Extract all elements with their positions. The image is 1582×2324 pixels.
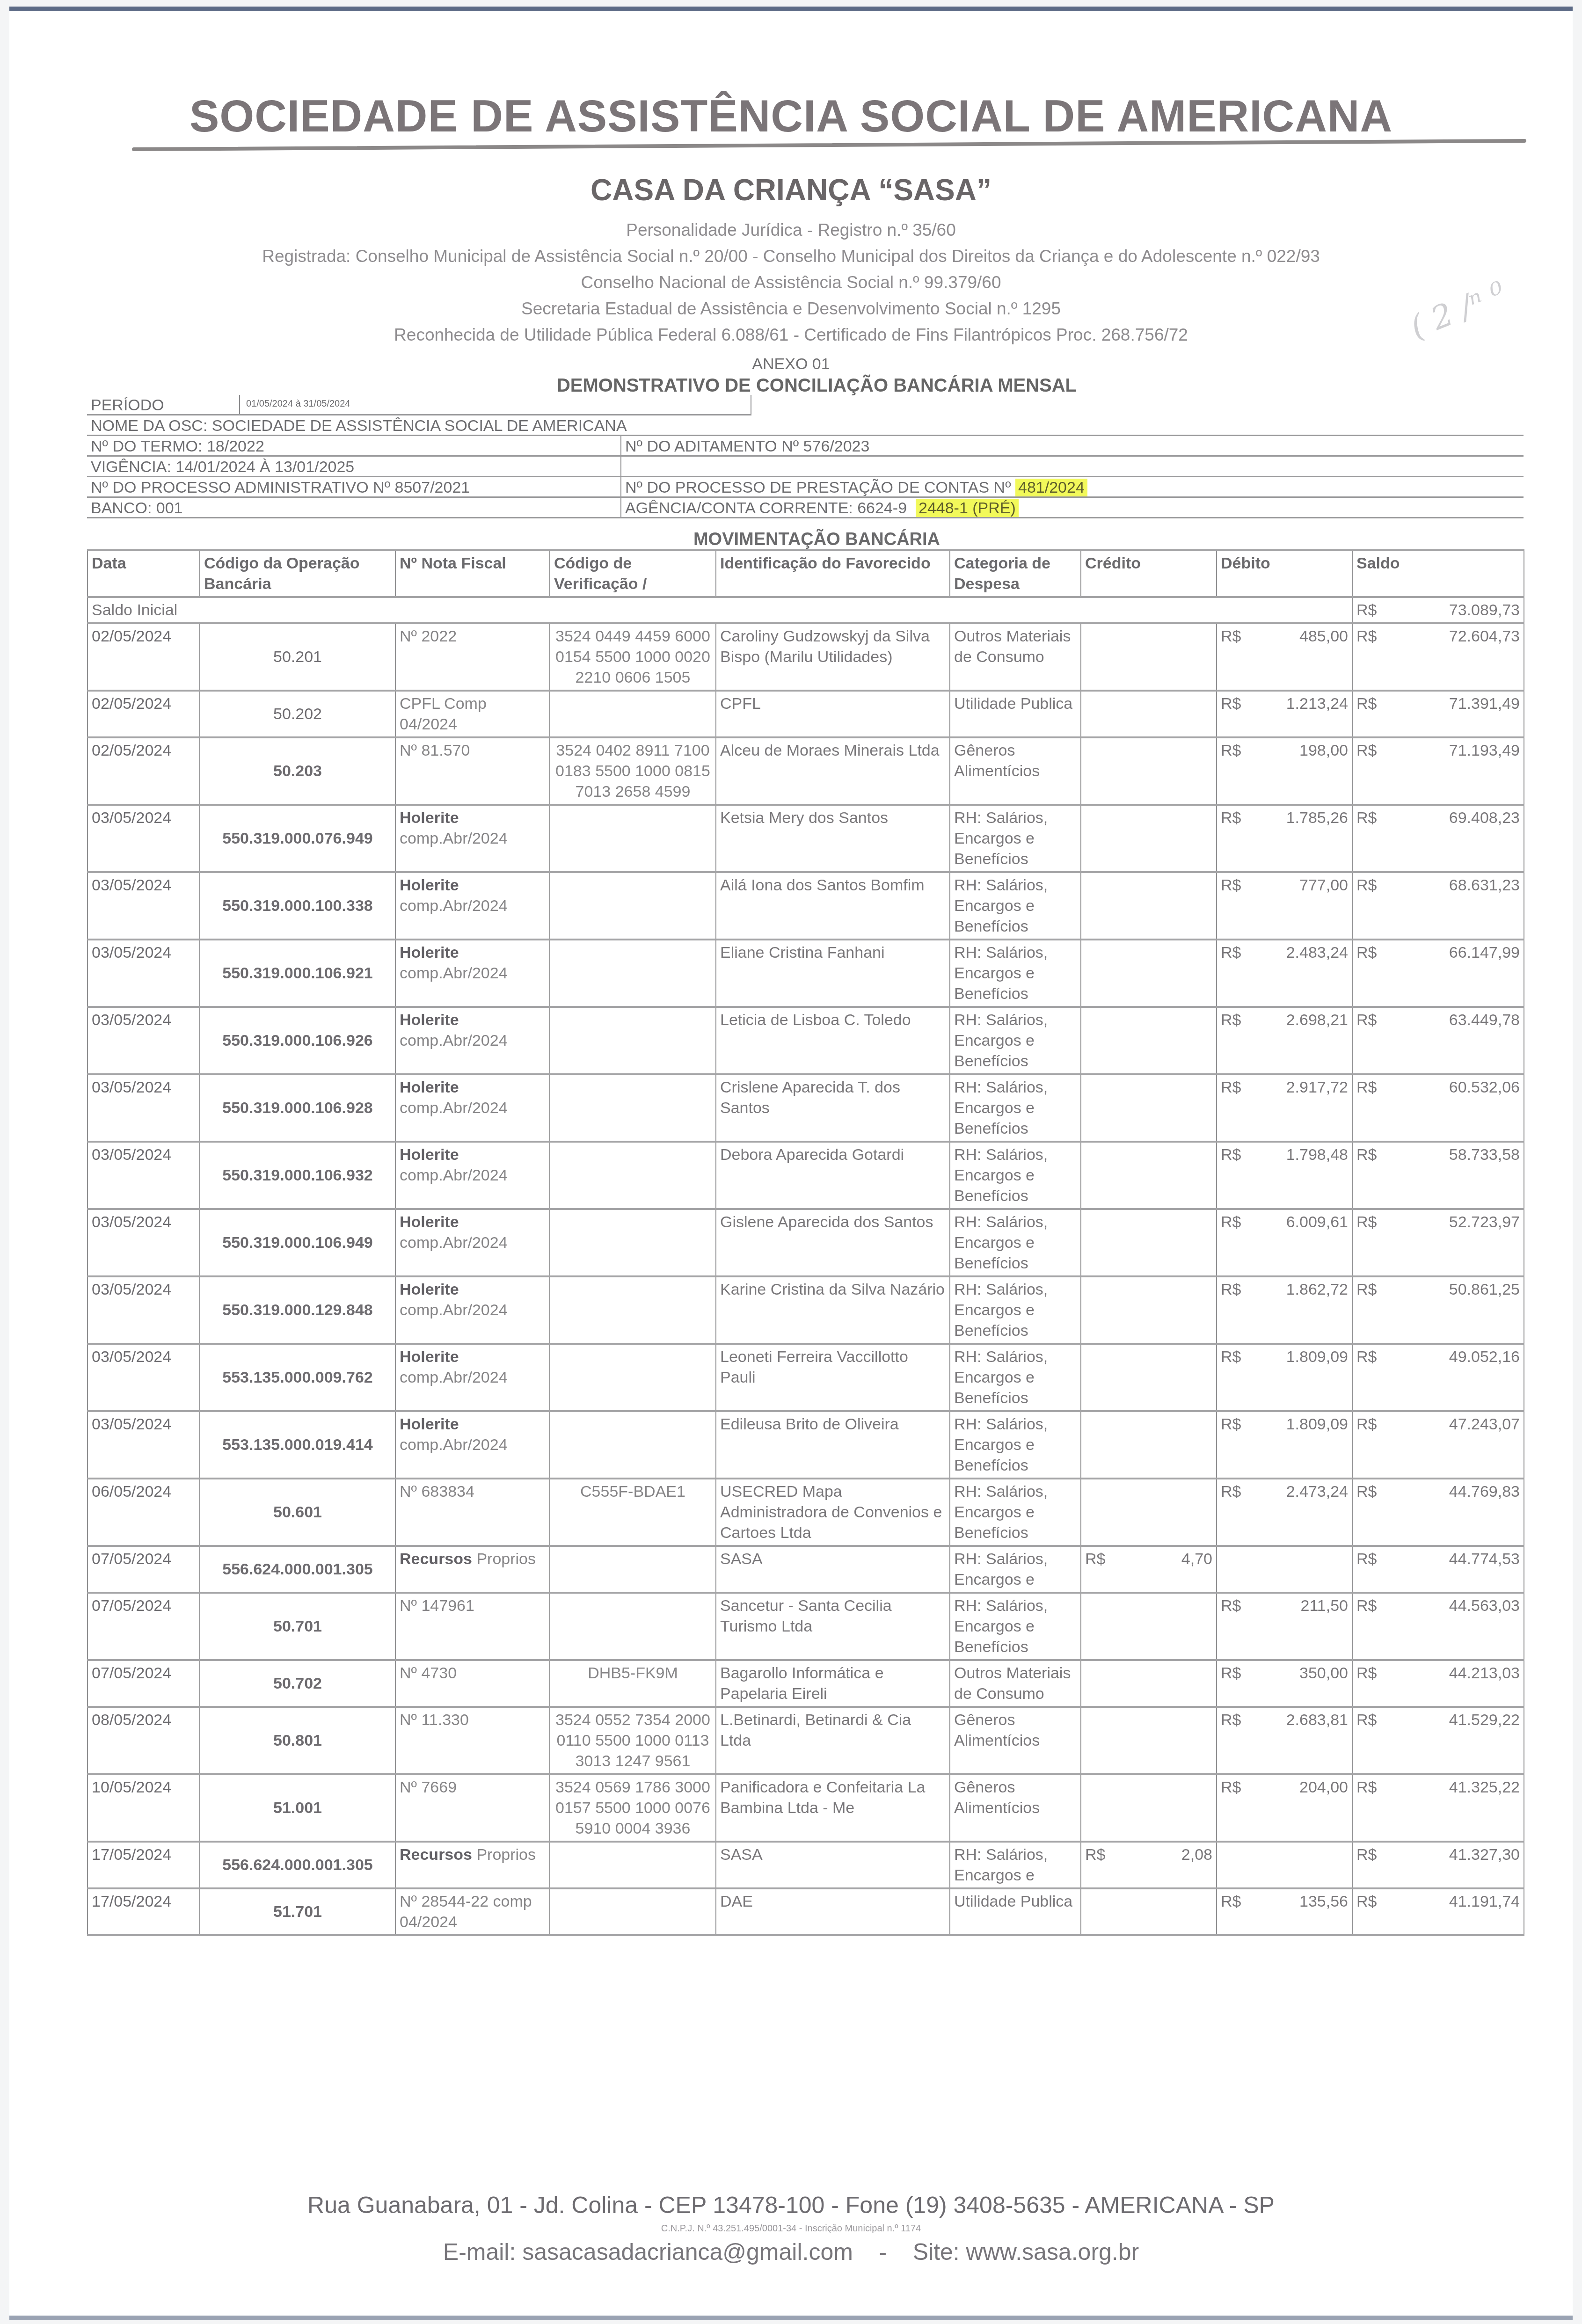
table-row: 03/05/2024550.319.000.106.928Holerite co… [87, 1074, 1524, 1142]
cell-debito: R$1.798,48 [1217, 1142, 1352, 1209]
footer-site[interactable]: Site: www.sasa.org.br [913, 2239, 1139, 2265]
cell-saldo: R$49.052,16 [1352, 1344, 1524, 1411]
footer-email[interactable]: E-mail: sasacasadacrianca@gmail.com [443, 2239, 853, 2265]
banco: BANCO: 001 [91, 499, 183, 517]
agencia-conta: AGÊNCIA/CONTA CORRENTE: 6624-9 2448-1 (P… [625, 499, 1019, 517]
table-row: 07/05/202450.701Nº 147961Sancetur - Sant… [87, 1593, 1524, 1660]
cell-nota-fiscal: Holerite comp.Abr/2024 [395, 1142, 550, 1209]
cell-debito [1217, 1546, 1352, 1593]
cell-nota-fiscal: Nº 7669 [395, 1774, 550, 1842]
cell-favorecido: Debora Aparecida Gotardi [716, 1142, 950, 1209]
cell-nota-fiscal: Holerite comp.Abr/2024 [395, 1411, 550, 1479]
cell-debito: R$777,00 [1217, 872, 1352, 940]
table-row: 17/05/2024556.624.000.001.305Recursos Pr… [87, 1842, 1524, 1888]
cell-saldo: R$52.723,97 [1352, 1209, 1524, 1276]
cell-favorecido: Ailá Iona dos Santos Bomfim [716, 872, 950, 940]
cell-operation-code: 51.001 [200, 1774, 395, 1842]
cell-date: 07/05/2024 [87, 1660, 200, 1707]
cell-saldo: R$44.769,83 [1352, 1479, 1524, 1546]
cell-saldo: R$41.325,22 [1352, 1774, 1524, 1842]
table-row: 06/05/202450.601Nº 683834C555F-BDAE1USEC… [87, 1479, 1524, 1546]
cell-categoria: RH: Salários, Encargos e Benefícios [950, 805, 1081, 872]
cell-credito [1081, 940, 1217, 1007]
cell-saldo: R$66.147,99 [1352, 940, 1524, 1007]
cell-categoria: RH: Salários, Encargos e Benefícios [950, 1276, 1081, 1344]
cell-verification-code [550, 1074, 716, 1142]
col-saldo: Saldo [1352, 550, 1524, 597]
cell-operation-code: 50.203 [200, 737, 395, 805]
cell-operation-code: 50.701 [200, 1593, 395, 1660]
cell-credito [1081, 691, 1217, 737]
cell-verification-code [550, 1842, 716, 1888]
cell-credito [1081, 737, 1217, 805]
header-info-grid: PERÍODO 01/05/2024 à 31/05/2024 NOME DA … [87, 395, 1524, 518]
table-row: 08/05/202450.801Nº 11.3303524 0552 7354 … [87, 1707, 1524, 1774]
cell-favorecido: SASA [716, 1842, 950, 1888]
cell-verification-code: 3524 0569 1786 3000 0157 5500 1000 0076 … [550, 1774, 716, 1842]
cell-operation-code: 50.801 [200, 1707, 395, 1774]
document-title: DEMONSTRATIVO DE CONCILIAÇÃO BANCÁRIA ME… [9, 375, 1573, 396]
cell-operation-code: 51.701 [200, 1888, 395, 1935]
termo-row: Nº DO TERMO: 18/2022 Nº DO ADITAMENTO Nº… [87, 436, 1524, 457]
cell-saldo: R$68.631,23 [1352, 872, 1524, 940]
cell-debito: R$2.483,24 [1217, 940, 1352, 1007]
table-row: 03/05/2024550.319.000.100.338Holerite co… [87, 872, 1524, 940]
cell-verification-code [550, 1007, 716, 1074]
cell-nota-fiscal: Holerite comp.Abr/2024 [395, 1074, 550, 1142]
cell-debito: R$2.698,21 [1217, 1007, 1352, 1074]
cell-credito: R$4,70 [1081, 1546, 1217, 1593]
osc-name: NOME DA OSC: SOCIEDADE DE ASSISTÊNCIA SO… [91, 417, 627, 435]
cell-nota-fiscal: Holerite comp.Abr/2024 [395, 872, 550, 940]
cell-verification-code [550, 1546, 716, 1593]
cell-operation-code: 553.135.000.019.414 [200, 1411, 395, 1479]
annex-label: ANEXO 01 [9, 355, 1573, 373]
cell-favorecido: Caroliny Gudzowskyj da Silva Bispo (Mari… [716, 623, 950, 691]
cell-credito [1081, 1888, 1217, 1935]
cell-operation-code: 550.319.000.100.338 [200, 872, 395, 940]
cell-debito: R$1.785,26 [1217, 805, 1352, 872]
cell-date: 17/05/2024 [87, 1888, 200, 1935]
cell-debito: R$1.213,24 [1217, 691, 1352, 737]
highlighted-account: 2448-1 (PRÉ) [916, 499, 1019, 517]
cell-debito: R$1.862,72 [1217, 1276, 1352, 1344]
cell-nota-fiscal: Nº 147961 [395, 1593, 550, 1660]
cell-nota-fiscal: Holerite comp.Abr/2024 [395, 805, 550, 872]
page-edge [9, 2316, 1573, 2320]
cell-saldo: R$44.213,03 [1352, 1660, 1524, 1707]
cell-date: 17/05/2024 [87, 1842, 200, 1888]
periodo-row: PERÍODO 01/05/2024 à 31/05/2024 [87, 395, 751, 415]
document-page: SOCIEDADE DE ASSISTÊNCIA SOCIAL DE AMERI… [9, 7, 1573, 2320]
cell-credito [1081, 623, 1217, 691]
table-row: 07/05/202450.702Nº 4730DHB5-FK9MBagaroll… [87, 1660, 1524, 1707]
registration-lines: Personalidade Jurídica - Registro n.º 35… [9, 217, 1573, 348]
cell-favorecido: Edileusa Brito de Oliveira [716, 1411, 950, 1479]
cell-saldo: R$71.193,49 [1352, 737, 1524, 805]
saldo-inicial-row: Saldo Inicial R$73.089,73 [87, 597, 1524, 623]
cell-verification-code [550, 1142, 716, 1209]
cell-date: 03/05/2024 [87, 1411, 200, 1479]
cell-saldo: R$71.391,49 [1352, 691, 1524, 737]
cell-debito: R$204,00 [1217, 1774, 1352, 1842]
cell-categoria: RH: Salários, Encargos e Benefícios [950, 1344, 1081, 1411]
cell-credito: R$2,08 [1081, 1842, 1217, 1888]
table-row: 02/05/202450.201Nº 20223524 0449 4459 60… [87, 623, 1524, 691]
periodo-value: 01/05/2024 à 31/05/2024 [246, 399, 350, 409]
cell-favorecido: Leoneti Ferreira Vaccillotto Pauli [716, 1344, 950, 1411]
cell-credito [1081, 872, 1217, 940]
cell-categoria: RH: Salários, Encargos e Benefícios [950, 1142, 1081, 1209]
cell-verification-code [550, 1888, 716, 1935]
cell-operation-code: 556.624.000.001.305 [200, 1842, 395, 1888]
cell-credito [1081, 1593, 1217, 1660]
cell-operation-code: 550.319.000.106.926 [200, 1007, 395, 1074]
cell-nota-fiscal: Holerite comp.Abr/2024 [395, 1276, 550, 1344]
cell-date: 03/05/2024 [87, 1142, 200, 1209]
cell-saldo: R$50.861,25 [1352, 1276, 1524, 1344]
cell-date: 08/05/2024 [87, 1707, 200, 1774]
cell-verification-code [550, 1593, 716, 1660]
footer-address: Rua Guanabara, 01 - Jd. Colina - CEP 134… [9, 2192, 1573, 2219]
cell-nota-fiscal: Recursos Proprios [395, 1842, 550, 1888]
cell-date: 03/05/2024 [87, 872, 200, 940]
table-row: 02/05/202450.203Nº 81.5703524 0402 8911 … [87, 737, 1524, 805]
table-row: 03/05/2024550.319.000.106.926Holerite co… [87, 1007, 1524, 1074]
cell-credito [1081, 1142, 1217, 1209]
cell-date: 03/05/2024 [87, 805, 200, 872]
cell-credito [1081, 1707, 1217, 1774]
cell-favorecido: Ketsia Mery dos Santos [716, 805, 950, 872]
cell-favorecido: Alceu de Moraes Minerais Ltda [716, 737, 950, 805]
cell-nota-fiscal: Nº 2022 [395, 623, 550, 691]
highlighted-process-number: 481/2024 [1015, 479, 1087, 496]
org-name: SOCIEDADE DE ASSISTÊNCIA SOCIAL DE AMERI… [17, 91, 1565, 142]
cell-favorecido: Bagarollo Informática e Papelaria Eireli [716, 1660, 950, 1707]
cell-credito [1081, 1660, 1217, 1707]
footer-separator: - [879, 2239, 887, 2265]
cell-date: 03/05/2024 [87, 1276, 200, 1344]
col-favorecido: Identificação do Favorecido [716, 550, 950, 597]
cell-operation-code: 550.319.000.129.848 [200, 1276, 395, 1344]
cell-categoria: RH: Salários, Encargos e [950, 1842, 1081, 1888]
cell-verification-code: DHB5-FK9M [550, 1660, 716, 1707]
cell-favorecido: USECRED Mapa Administradora de Convenios… [716, 1479, 950, 1546]
cell-categoria: Utilidade Publica [950, 1888, 1081, 1935]
unit-name: CASA DA CRIANÇA “SASA” [9, 173, 1573, 207]
table-row: 10/05/202451.001Nº 76693524 0569 1786 30… [87, 1774, 1524, 1842]
table-row: 03/05/2024550.319.000.106.921Holerite co… [87, 940, 1524, 1007]
cell-credito [1081, 1479, 1217, 1546]
cell-verification-code [550, 1209, 716, 1276]
cell-date: 07/05/2024 [87, 1593, 200, 1660]
cell-date: 03/05/2024 [87, 940, 200, 1007]
cell-saldo: R$58.733,58 [1352, 1142, 1524, 1209]
bank-movement-table: Data Código da Operação Bancária Nº Nota… [87, 549, 1524, 1936]
cell-categoria: RH: Salários, Encargos e Benefícios [950, 940, 1081, 1007]
cell-operation-code: 50.601 [200, 1479, 395, 1546]
cell-debito: R$211,50 [1217, 1593, 1352, 1660]
cell-operation-code: 550.319.000.106.921 [200, 940, 395, 1007]
cell-verification-code [550, 691, 716, 737]
termo: Nº DO TERMO: 18/2022 [91, 437, 264, 456]
section-title: MOVIMENTAÇÃO BANCÁRIA [9, 530, 1573, 550]
cell-categoria: Utilidade Publica [950, 691, 1081, 737]
cell-nota-fiscal: Nº 11.330 [395, 1707, 550, 1774]
col-categoria: Categoria de Despesa [950, 550, 1081, 597]
cell-operation-code: 553.135.000.009.762 [200, 1344, 395, 1411]
table-row: 03/05/2024550.319.000.076.949Holerite co… [87, 805, 1524, 872]
cell-credito [1081, 1774, 1217, 1842]
cell-saldo: R$41.327,30 [1352, 1842, 1524, 1888]
cell-debito: R$1.809,09 [1217, 1344, 1352, 1411]
cell-nota-fiscal: Nº 28544-22 comp 04/2024 [395, 1888, 550, 1935]
col-codigo-verificacao: Código de Verificação / [550, 550, 716, 597]
processo-administrativo: Nº DO PROCESSO ADMINISTRATIVO Nº 8507/20… [91, 479, 470, 497]
col-credito: Crédito [1081, 550, 1217, 597]
cell-favorecido: Karine Cristina da Silva Nazário [716, 1276, 950, 1344]
aditamento: Nº DO ADITAMENTO Nº 576/2023 [625, 437, 869, 456]
cell-categoria: Gêneros Alimentícios [950, 1707, 1081, 1774]
cell-verification-code [550, 940, 716, 1007]
processo-row: Nº DO PROCESSO ADMINISTRATIVO Nº 8507/20… [87, 477, 1524, 498]
cell-favorecido: Leticia de Lisboa C. Toledo [716, 1007, 950, 1074]
cell-nota-fiscal: Holerite comp.Abr/2024 [395, 1007, 550, 1074]
table-row: 17/05/202451.701Nº 28544-22 comp 04/2024… [87, 1888, 1524, 1935]
cell-verification-code: 3524 0449 4459 6000 0154 5500 1000 0020 … [550, 623, 716, 691]
cell-operation-code: 50.201 [200, 623, 395, 691]
cell-date: 07/05/2024 [87, 1546, 200, 1593]
table-row: 02/05/202450.202CPFL Comp 04/2024CPFLUti… [87, 691, 1524, 737]
cell-verification-code [550, 1411, 716, 1479]
col-debito: Débito [1217, 550, 1352, 597]
vigencia: VIGÊNCIA: 14/01/2024 À 13/01/2025 [91, 458, 354, 476]
registration-line: Secretaria Estadual de Assistência e Des… [9, 296, 1573, 322]
cell-credito [1081, 805, 1217, 872]
cell-nota-fiscal: Holerite comp.Abr/2024 [395, 1209, 550, 1276]
cell-debito: R$350,00 [1217, 1660, 1352, 1707]
cell-verification-code [550, 872, 716, 940]
cell-debito: R$485,00 [1217, 623, 1352, 691]
cell-verification-code [550, 1276, 716, 1344]
cell-verification-code [550, 805, 716, 872]
cell-categoria: RH: Salários, Encargos e Benefícios [950, 1479, 1081, 1546]
cell-favorecido: Gislene Aparecida dos Santos [716, 1209, 950, 1276]
cell-categoria: RH: Salários, Encargos e Benefícios [950, 1209, 1081, 1276]
cell-verification-code: 3524 0552 7354 2000 0110 5500 1000 0113 … [550, 1707, 716, 1774]
cell-saldo: R$41.191,74 [1352, 1888, 1524, 1935]
periodo-label: PERÍODO [91, 396, 164, 415]
cell-credito [1081, 1276, 1217, 1344]
cell-nota-fiscal: Nº 683834 [395, 1479, 550, 1546]
cell-date: 02/05/2024 [87, 623, 200, 691]
table-row: 03/05/2024550.319.000.129.848Holerite co… [87, 1276, 1524, 1344]
vigencia-row: VIGÊNCIA: 14/01/2024 À 13/01/2025 [87, 457, 1524, 477]
cell-saldo: R$44.563,03 [1352, 1593, 1524, 1660]
cell-date: 03/05/2024 [87, 1007, 200, 1074]
cell-nota-fiscal: Nº 4730 [395, 1660, 550, 1707]
cell-categoria: Outros Materiais de Consumo [950, 1660, 1081, 1707]
cell-operation-code: 550.319.000.106.932 [200, 1142, 395, 1209]
cell-nota-fiscal: Holerite comp.Abr/2024 [395, 940, 550, 1007]
col-nota-fiscal: Nº Nota Fiscal [395, 550, 550, 597]
cell-categoria: RH: Salários, Encargos e Benefícios [950, 1411, 1081, 1479]
cell-credito [1081, 1411, 1217, 1479]
registration-line: Conselho Nacional de Assistência Social … [9, 270, 1573, 296]
registration-line: Registrada: Conselho Municipal de Assist… [9, 243, 1573, 270]
saldo-inicial-label: Saldo Inicial [87, 597, 1352, 623]
cell-operation-code: 50.202 [200, 691, 395, 737]
cell-saldo: R$44.774,53 [1352, 1546, 1524, 1593]
cell-credito [1081, 1209, 1217, 1276]
cell-debito: R$2.473,24 [1217, 1479, 1352, 1546]
cell-categoria: RH: Salários, Encargos e Benefícios [950, 872, 1081, 940]
col-data: Data [87, 550, 200, 597]
table-row: 07/05/2024556.624.000.001.305Recursos Pr… [87, 1546, 1524, 1593]
cell-favorecido: Eliane Cristina Fanhani [716, 940, 950, 1007]
cell-date: 02/05/2024 [87, 691, 200, 737]
cell-favorecido: L.Betinardi, Betinardi & Cia Ltda [716, 1707, 950, 1774]
cell-operation-code: 550.319.000.106.928 [200, 1074, 395, 1142]
cell-credito [1081, 1344, 1217, 1411]
cell-debito: R$2.683,81 [1217, 1707, 1352, 1774]
col-codigo-operacao: Código da Operação Bancária [200, 550, 395, 597]
footer-contacts: E-mail: sasacasadacrianca@gmail.com - Si… [9, 2238, 1573, 2266]
cell-date: 02/05/2024 [87, 737, 200, 805]
footer-cnpj: C.N.P.J. N.º 43.251.495/0001-34 - Inscri… [9, 2223, 1573, 2234]
cell-date: 03/05/2024 [87, 1074, 200, 1142]
cell-categoria: RH: Salários, Encargos e Benefícios [950, 1007, 1081, 1074]
cell-debito [1217, 1842, 1352, 1888]
cell-debito: R$2.917,72 [1217, 1074, 1352, 1142]
cell-favorecido: Sancetur - Santa Cecilia Turismo Ltda [716, 1593, 950, 1660]
cell-saldo: R$72.604,73 [1352, 623, 1524, 691]
cell-saldo: R$47.243,07 [1352, 1411, 1524, 1479]
cell-verification-code: C555F-BDAE1 [550, 1479, 716, 1546]
cell-categoria: Gêneros Alimentícios [950, 737, 1081, 805]
cell-categoria: RH: Salários, Encargos e Benefícios [950, 1074, 1081, 1142]
cell-debito: R$6.009,61 [1217, 1209, 1352, 1276]
osc-row: NOME DA OSC: SOCIEDADE DE ASSISTÊNCIA SO… [87, 415, 1524, 436]
cell-saldo: R$41.529,22 [1352, 1707, 1524, 1774]
cell-operation-code: 550.319.000.076.949 [200, 805, 395, 872]
cell-verification-code: 3524 0402 8911 7100 0183 5500 1000 0815 … [550, 737, 716, 805]
cell-categoria: Outros Materiais de Consumo [950, 623, 1081, 691]
processo-prestacao-contas: Nº DO PROCESSO DE PRESTAÇÃO DE CONTAS Nº… [625, 479, 1087, 497]
cell-saldo: R$63.449,78 [1352, 1007, 1524, 1074]
cell-date: 10/05/2024 [87, 1774, 200, 1842]
registration-line: Reconhecida de Utilidade Pública Federal… [9, 322, 1573, 348]
table-row: 03/05/2024553.135.000.009.762Holerite co… [87, 1344, 1524, 1411]
cell-date: 03/05/2024 [87, 1209, 200, 1276]
saldo-inicial-value: R$73.089,73 [1352, 597, 1524, 623]
cell-credito [1081, 1074, 1217, 1142]
cell-favorecido: SASA [716, 1546, 950, 1593]
cell-credito [1081, 1007, 1217, 1074]
cell-favorecido: CPFL [716, 691, 950, 737]
cell-operation-code: 50.702 [200, 1660, 395, 1707]
table-row: 03/05/2024550.319.000.106.932Holerite co… [87, 1142, 1524, 1209]
cell-date: 03/05/2024 [87, 1344, 200, 1411]
cell-favorecido: Panificadora e Confeitaria La Bambina Lt… [716, 1774, 950, 1842]
cell-categoria: RH: Salários, Encargos e Benefícios [950, 1593, 1081, 1660]
cell-saldo: R$69.408,23 [1352, 805, 1524, 872]
cell-categoria: Gêneros Alimentícios [950, 1774, 1081, 1842]
banco-row: BANCO: 001 AGÊNCIA/CONTA CORRENTE: 6624-… [87, 498, 1524, 518]
cell-nota-fiscal: Nº 81.570 [395, 737, 550, 805]
table-row: 03/05/2024550.319.000.106.949Holerite co… [87, 1209, 1524, 1276]
cell-categoria: RH: Salários, Encargos e [950, 1546, 1081, 1593]
cell-debito: R$135,56 [1217, 1888, 1352, 1935]
cell-operation-code: 550.319.000.106.949 [200, 1209, 395, 1276]
cell-verification-code [550, 1344, 716, 1411]
cell-saldo: R$60.532,06 [1352, 1074, 1524, 1142]
cell-favorecido: Crislene Aparecida T. dos Santos [716, 1074, 950, 1142]
cell-debito: R$1.809,09 [1217, 1411, 1352, 1479]
table-row: 03/05/2024553.135.000.019.414Holerite co… [87, 1411, 1524, 1479]
cell-favorecido: DAE [716, 1888, 950, 1935]
registration-line: Personalidade Jurídica - Registro n.º 35… [9, 217, 1573, 243]
cell-date: 06/05/2024 [87, 1479, 200, 1546]
cell-nota-fiscal: Holerite comp.Abr/2024 [395, 1344, 550, 1411]
table-header-row: Data Código da Operação Bancária Nº Nota… [87, 550, 1524, 597]
cell-debito: R$198,00 [1217, 737, 1352, 805]
cell-nota-fiscal: Recursos Proprios [395, 1546, 550, 1593]
cell-nota-fiscal: CPFL Comp 04/2024 [395, 691, 550, 737]
cell-operation-code: 556.624.000.001.305 [200, 1546, 395, 1593]
